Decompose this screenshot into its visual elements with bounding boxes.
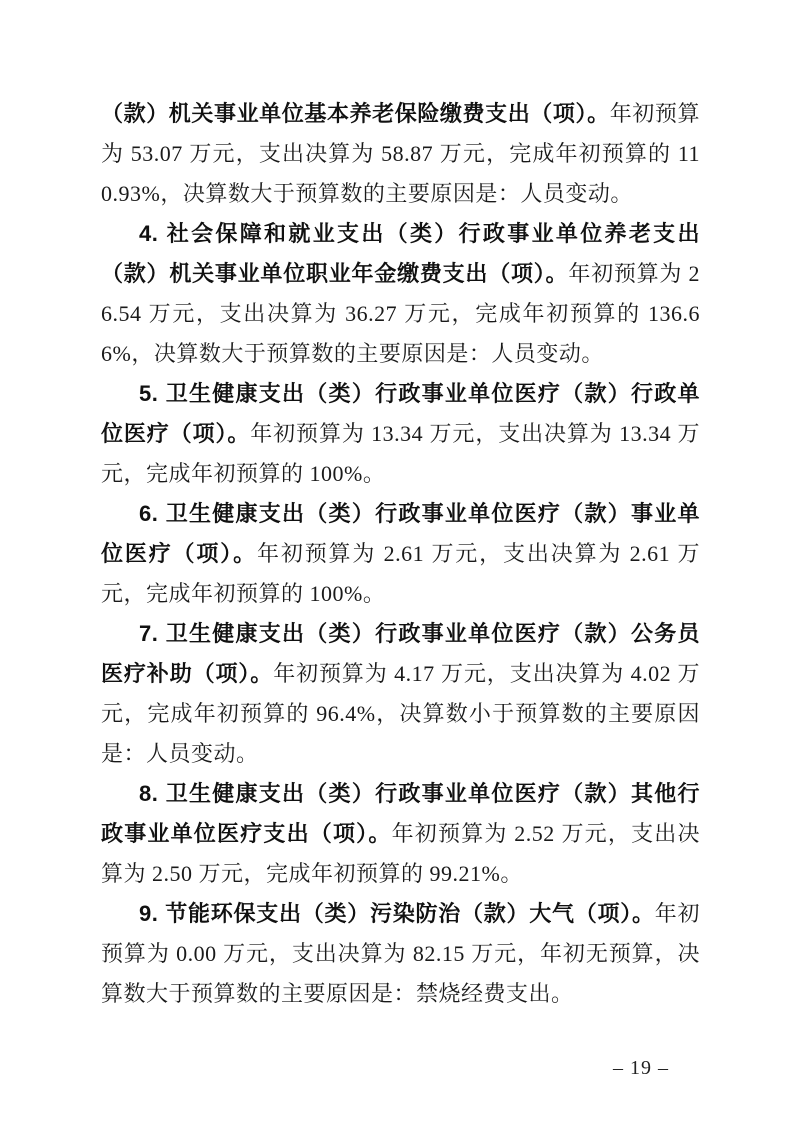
document-body: （款）机关事业单位基本养老保险缴费支出（项）。年初预算为 53.07 万元，支出… [101, 94, 700, 1014]
paragraph-item-9: 9. 节能环保支出（类）污染防治（款）大气（项）。年初预算为 0.00 万元，支… [101, 894, 700, 1014]
paragraph-item-4: 4. 社会保障和就业支出（类）行政事业单位养老支出（款）机关事业单位职业年金缴费… [101, 214, 700, 374]
paragraph-item-8: 8. 卫生健康支出（类）行政事业单位医疗（款）其他行政事业单位医疗支出（项）。年… [101, 774, 700, 894]
paragraph-item-6: 6. 卫生健康支出（类）行政事业单位医疗（款）事业单位医疗（项）。年初预算为 2… [101, 494, 700, 614]
page-number: – 19 – [613, 1056, 669, 1080]
paragraph-item-7: 7. 卫生健康支出（类）行政事业单位医疗（款）公务员医疗补助（项）。年初预算为 … [101, 614, 700, 774]
item-heading: （款）机关事业单位基本养老保险缴费支出（项）。 [101, 101, 610, 126]
paragraph-item-5: 5. 卫生健康支出（类）行政事业单位医疗（款）行政单位医疗（项）。年初预算为 1… [101, 374, 700, 494]
item-heading: 9. 节能环保支出（类）污染防治（款）大气（项）。 [139, 901, 655, 926]
paragraph-continuation: （款）机关事业单位基本养老保险缴费支出（项）。年初预算为 53.07 万元，支出… [101, 94, 700, 214]
document-page: （款）机关事业单位基本养老保险缴费支出（项）。年初预算为 53.07 万元，支出… [0, 0, 793, 1122]
